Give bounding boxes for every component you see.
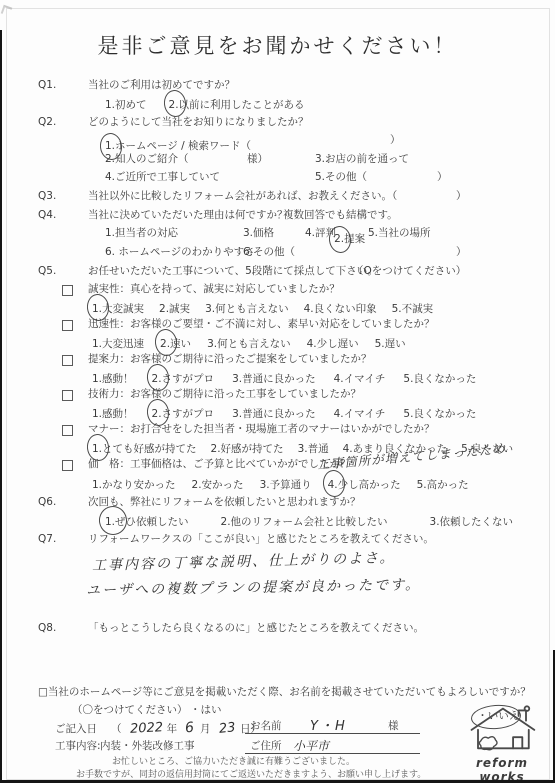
q5-row3-option-1: 1.感動！ [92, 371, 134, 386]
q2-option-1-close: ） [390, 134, 401, 147]
q1-option-2-circled: 2.以前に利用したことがある [169, 97, 305, 112]
q3-text: 当社以外に比較したリフォーム会社があれば、お教えください。（ [88, 190, 397, 203]
q2-option-3: 3.お店の前を通って [315, 153, 409, 166]
q1-text: 当社のご利用は初めてですか？ [88, 79, 235, 92]
q5-row4-option-4: 4.イマイチ [334, 406, 386, 421]
scan-artifact [1, 5, 13, 17]
date-month-handwritten: 6 [184, 720, 195, 737]
q7-handwritten-answer-2: ユーザへの複数プランの提案が良かったです。 [86, 574, 421, 600]
q4-option-6: 6. ホームページのわかりやすさ [105, 246, 255, 259]
q5-row6-option-3: 3.予算通り [260, 477, 312, 492]
q2-option-2-close: 様） [247, 153, 268, 166]
q5-row1-option-5: 5.不誠実 [392, 301, 434, 316]
q5-row1-option-3: 3.何とも言えない [205, 301, 289, 316]
q6-number: Q6. [38, 496, 56, 509]
q5-row4-option-1: 1.感動！ [92, 406, 134, 421]
q5-row2-option-3: 3.何とも言えない [207, 336, 291, 351]
q3-close: ） [456, 190, 467, 203]
publish-question: □当社のホームページ等にご意見を掲載いただく際、お名前を掲載させていただいてもよ… [38, 686, 531, 699]
q1-option-1: 1.初めて [105, 97, 147, 112]
q6-option-3: 3.依頼したくない [430, 514, 514, 529]
house-icon [459, 704, 545, 752]
q4-number: Q4. [38, 209, 56, 222]
q5-row2-category: 迅速性：お客様のご要望・ご不満に対し、素早い対応をしていましたか？ [88, 318, 435, 331]
q4-option-2-circled: 2.提案 [334, 233, 365, 246]
q5-row4-option-3: 3.普通に良かった [232, 406, 316, 421]
q2-option-5: 5.その他（ [315, 171, 367, 184]
q5-row4-option-5: 5.良くなかった [403, 406, 476, 421]
q5-row3-category: 提案力：お客様のご期待に沿ったご提案をしていましたか？ [88, 353, 372, 366]
q6-text: 次回も、弊社にリフォームを依頼したいと思われますか？ [88, 496, 360, 509]
q5-row1-category: 誠実性：真心を持って、誠実に対応していましたか？ [88, 283, 340, 296]
q5-row2-option-2-circled: 2.速い [160, 336, 191, 351]
q1-number: Q1. [38, 79, 56, 92]
q5-row3-option-4: 4.イマイチ [334, 371, 386, 386]
q4-option-1: 1.担当者の対応 [105, 227, 178, 240]
checkbox-icon [62, 460, 73, 471]
date-label: ご記入日 [55, 721, 97, 736]
scan-edge-left [0, 30, 2, 783]
address-underline [245, 740, 420, 754]
page-title: 是非ご意見をお聞かせください！ [0, 33, 555, 59]
company-logo: reform works · · · · · · · · [452, 704, 552, 783]
q2-option-1-circled: 1.ホームページ / 検索ワード（ [105, 140, 251, 153]
q4-text: 当社に決めていただいた理由は何ですか？ [88, 209, 288, 222]
q5-row3-option-2-circled: 2.さすがプロ [152, 371, 215, 386]
date-open-paren: （ [111, 721, 122, 736]
q5-row6-category: 価 格：工事価格は、ご予算と比べていかがでしたか？ [88, 458, 351, 471]
q5-row5-option-2: 2.好感が持てた [211, 441, 284, 456]
date-month-label: 月 [200, 721, 211, 736]
q4-option-7-close: ） [456, 246, 467, 259]
publish-note: （〇をつけてください） [72, 704, 188, 717]
q5-row4-option-2-circled: 2.さすがプロ [152, 406, 215, 421]
q4-option-7: 6.その他（ [243, 246, 295, 259]
checkbox-icon [62, 390, 73, 401]
q2-option-2: 2.知人のご紹介（ [105, 153, 189, 166]
survey-form-page: 是非ご意見をお聞かせください！ Q1. 当社のご利用は初めてですか？ 1.初めて… [0, 0, 555, 783]
q4-option-3: 3.価格 [243, 227, 274, 240]
q5-text: お任せいただいた工事について、5段階にて採点して下さい。 [88, 265, 378, 278]
q4-option-5: 5.当社の場所 [368, 227, 431, 240]
q6-option-1-circled: 1.ぜひ依頼したい [105, 514, 189, 529]
logo-text: reform works [452, 756, 552, 783]
q3-number: Q3. [38, 190, 56, 203]
q5-row2-option-1: 1.大変迅速 [92, 336, 144, 351]
date-day-handwritten: 23 [218, 720, 236, 737]
checkbox-icon [62, 355, 73, 366]
q4-option-4: 4.評判 [305, 227, 336, 240]
checkbox-icon [62, 425, 73, 436]
checkbox-icon [62, 320, 73, 331]
q5-row1-option-2: 2.誠実 [159, 301, 190, 316]
date-year-label: 年 [167, 721, 178, 736]
q8-number: Q8. [38, 622, 56, 635]
q4-note: 複数回答でも結構です。 [283, 209, 398, 222]
q2-option-5-close: ） [437, 171, 448, 184]
thanks-line-1: お忙しいところ、ご協力いただき誠に有難うございました。 [112, 757, 355, 768]
q5-row1-option-1-circled: 1.大変誠実 [92, 301, 144, 316]
q5-row5-category: マナー：お打合せをした担当者・現場施工者のマナーはいかがでしたか？ [88, 423, 435, 436]
q5-row6-option-1: 1.かなり安かった [92, 477, 176, 492]
q7-text: リフォームワークスの「ここが良い」と感じたところを教えてください。 [88, 533, 434, 546]
checkbox-icon [62, 285, 73, 296]
q6-option-2: 2.他のリフォーム会社と比較したい [221, 514, 388, 529]
q5-row3-option-3: 3.普通に良かった [232, 371, 316, 386]
q7-handwritten-answer-1: 工事内容の丁寧な説明、仕上がりのよさ。 [92, 547, 396, 575]
q5-row6-option-2: 2.安かった [192, 477, 244, 492]
q8-text: 「もっとこうしたら良くなるのに」と感じたところを教えてください。 [88, 622, 424, 635]
q5-row1-option-4: 4.良くない印象 [304, 301, 377, 316]
work-value: 内装・外装改修工事 [100, 740, 195, 753]
work-label: 工事内容: [55, 740, 101, 753]
q5-row6-option-5: 5.高かった [417, 477, 469, 492]
q2-text: どのようにして当社をお知りになりましたか？ [88, 116, 309, 129]
q2-number: Q2. [38, 116, 56, 129]
name-underline [245, 720, 420, 734]
q2-option-4: 4.ご近所で工事していて [105, 171, 220, 184]
q7-number: Q7. [38, 533, 56, 546]
q5-number: Q5. [38, 265, 56, 278]
q5-row3-option-5: 5.良くなかった [403, 371, 476, 386]
q5-row2-option-4: 4.少し遅い [307, 336, 359, 351]
q5-row6-option-4-circled: 4.少し高かった [328, 477, 401, 492]
date-year-handwritten: 2022 [129, 720, 163, 737]
publish-option-yes: ・はい [190, 704, 222, 717]
q5-note: （Oをつけてください） [353, 265, 466, 278]
q5-row2-option-5: 5.遅い [375, 336, 406, 351]
q5-row5-option-1-circled: 1.とても好感が持てた [92, 441, 197, 456]
q5-row4-category: 技術力：お客様のご期待に沿った工事をしていましたか？ [88, 388, 361, 401]
